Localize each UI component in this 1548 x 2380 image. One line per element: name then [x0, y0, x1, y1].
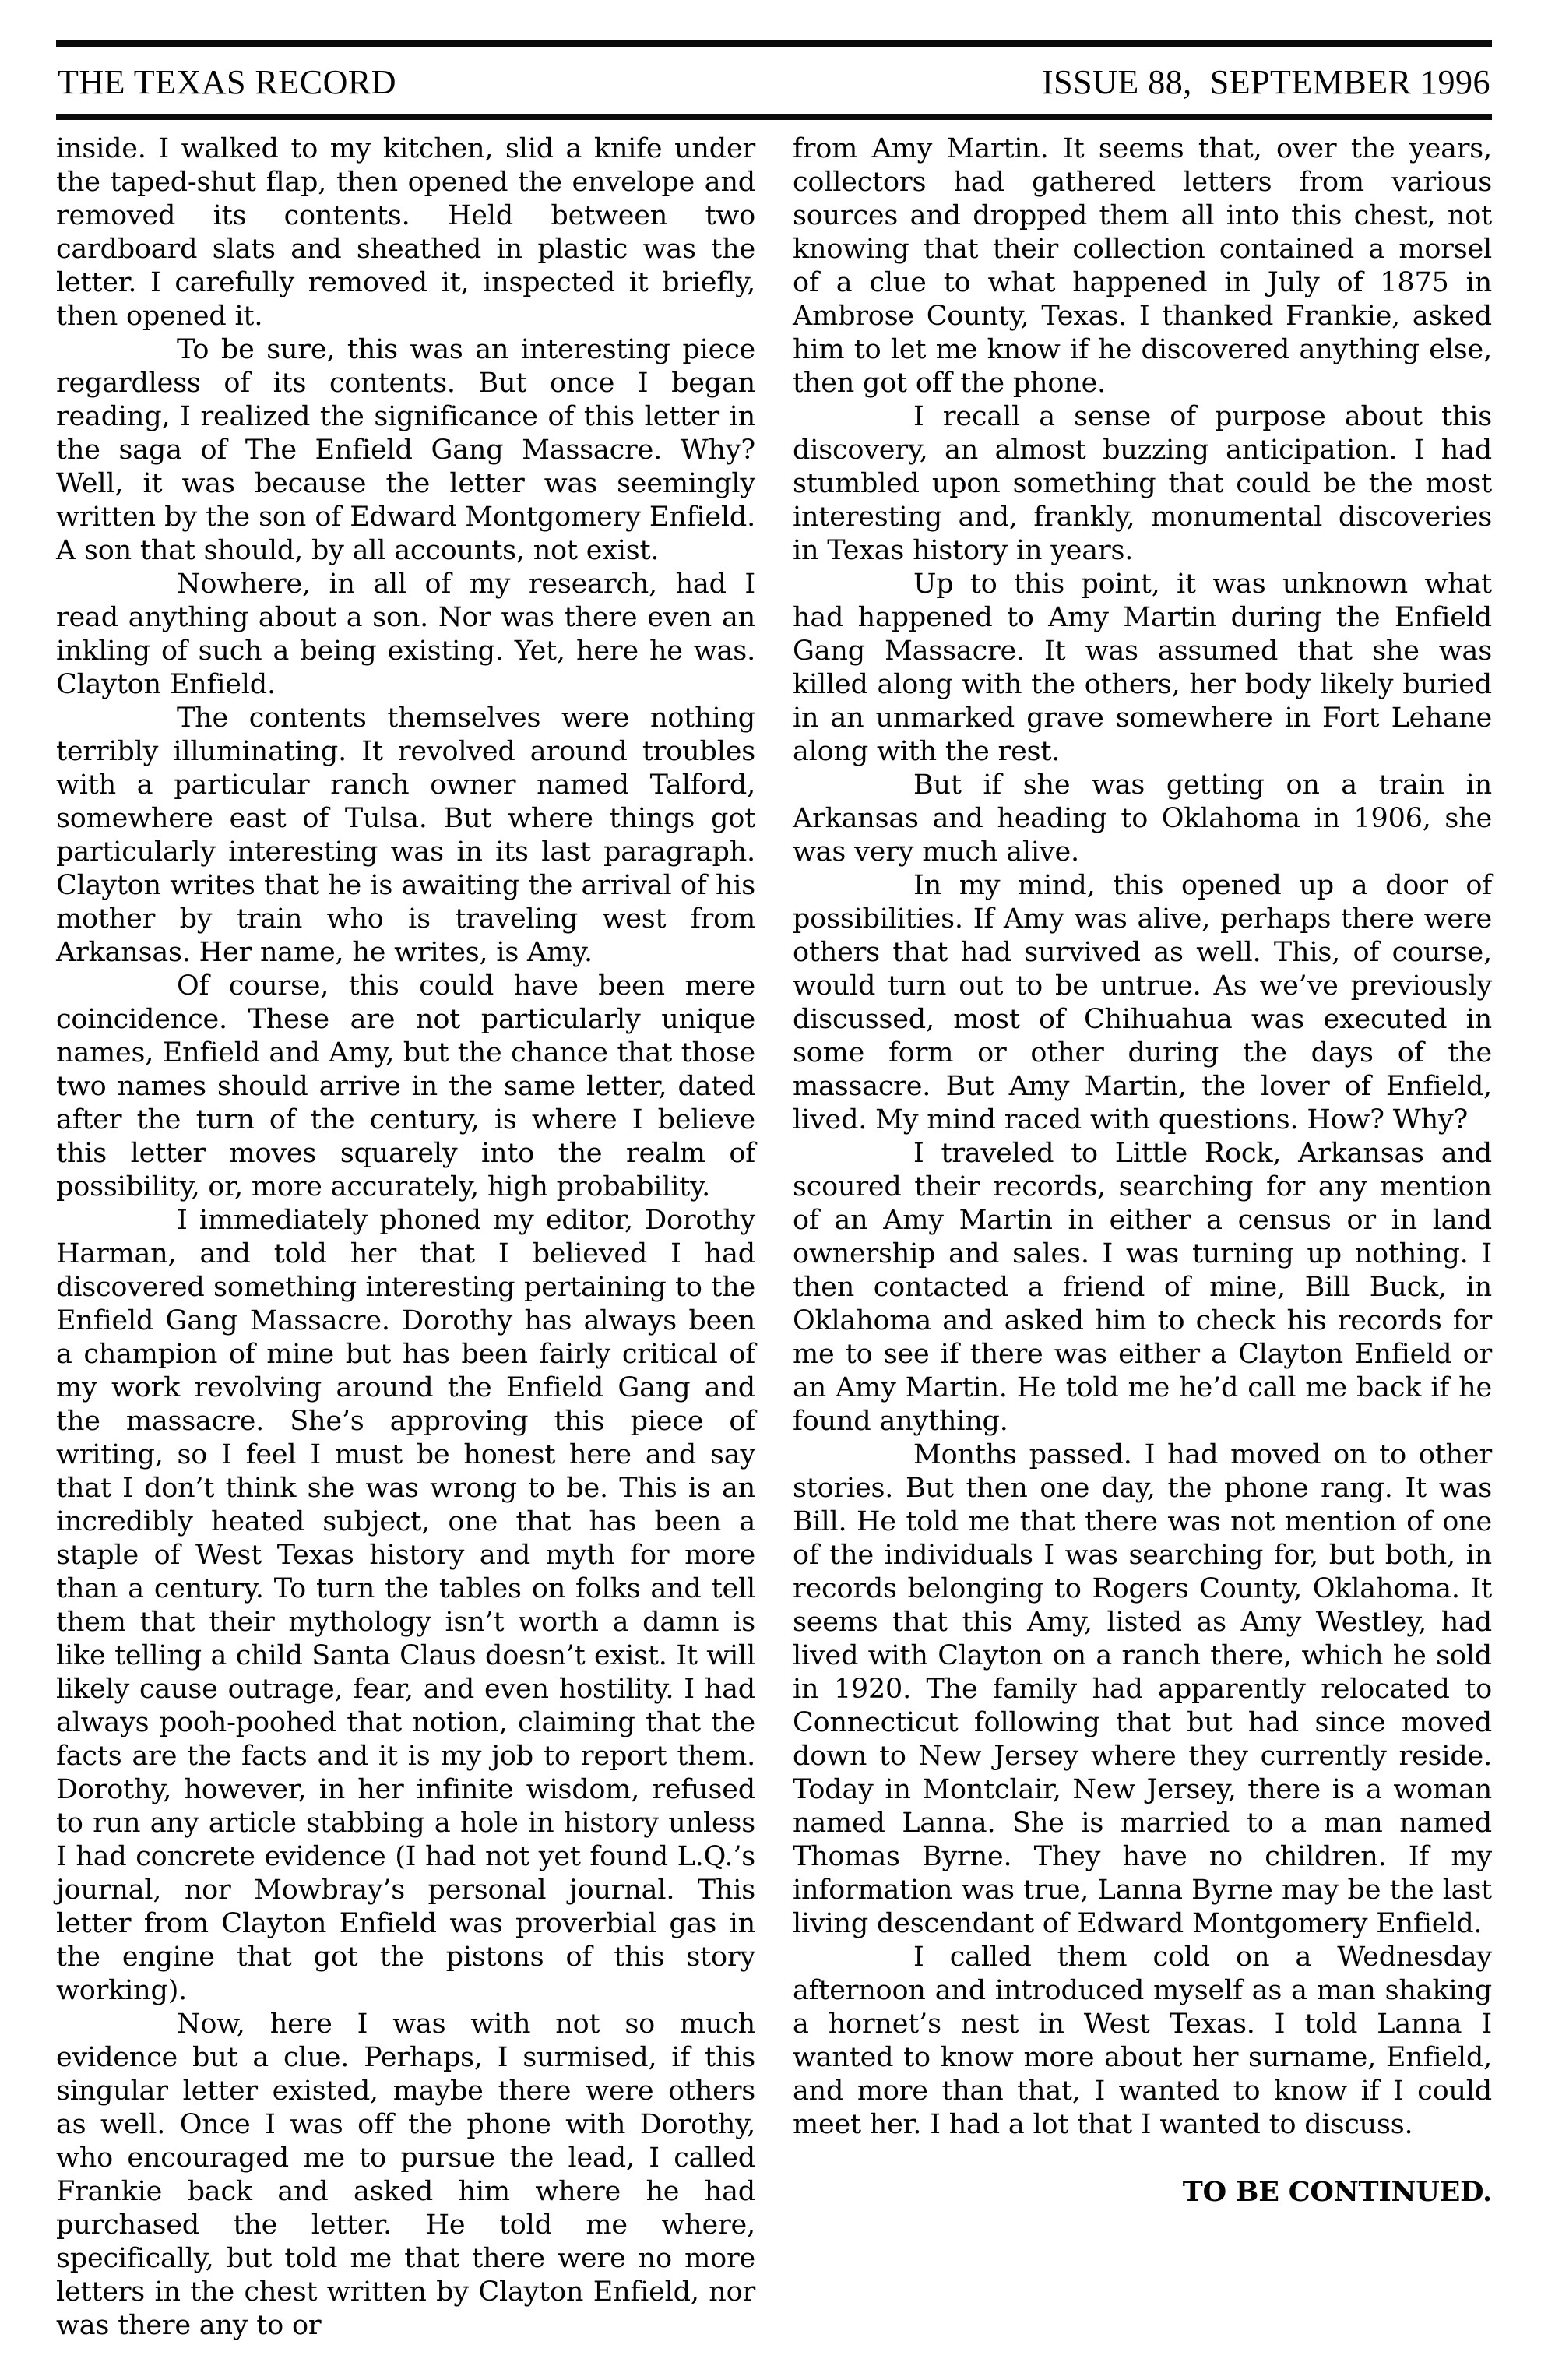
paragraph: I called them cold on a Wednesday aftern…	[793, 1941, 1492, 2142]
to-be-continued: TO BE CONTINUED.	[793, 2175, 1492, 2209]
masthead-rule	[56, 114, 1492, 120]
paragraph: Of course, this could have been mere coi…	[56, 970, 755, 1204]
masthead: THE TEXAS RECORD ISSUE 88, SEPTEMBER 199…	[56, 47, 1492, 114]
paragraph: from Amy Martin. It seems that, over the…	[793, 132, 1492, 400]
paragraph: But if she was getting on a train in Ark…	[793, 769, 1492, 869]
left-column: inside. I walked to my kitchen, slid a k…	[56, 132, 755, 2343]
top-rule	[56, 40, 1492, 47]
issue-date: ISSUE 88, SEPTEMBER 1996	[1042, 65, 1490, 100]
paragraph: In my mind, this opened up a door of pos…	[793, 869, 1492, 1137]
paragraph: The contents themselves were nothing ter…	[56, 702, 755, 970]
paragraph: Up to this point, it was unknown what ha…	[793, 568, 1492, 769]
article-body: inside. I walked to my kitchen, slid a k…	[56, 132, 1492, 2343]
paragraph: I recall a sense of purpose about this d…	[793, 400, 1492, 568]
paragraph: I traveled to Little Rock, Arkansas and …	[793, 1137, 1492, 1438]
paragraph: inside. I walked to my kitchen, slid a k…	[56, 132, 755, 333]
right-column: from Amy Martin. It seems that, over the…	[793, 132, 1492, 2343]
paragraph: To be sure, this was an interesting piec…	[56, 333, 755, 568]
paragraph: I immediately phoned my editor, Dorothy …	[56, 1204, 755, 2008]
paragraph: Months passed. I had moved on to other s…	[793, 1438, 1492, 1941]
newspaper-page: THE TEXAS RECORD ISSUE 88, SEPTEMBER 199…	[0, 0, 1548, 2380]
publication-title: THE TEXAS RECORD	[58, 65, 396, 100]
paragraph: Now, here I was with not so much evidenc…	[56, 2008, 755, 2343]
paragraph: Nowhere, in all of my research, had I re…	[56, 568, 755, 702]
